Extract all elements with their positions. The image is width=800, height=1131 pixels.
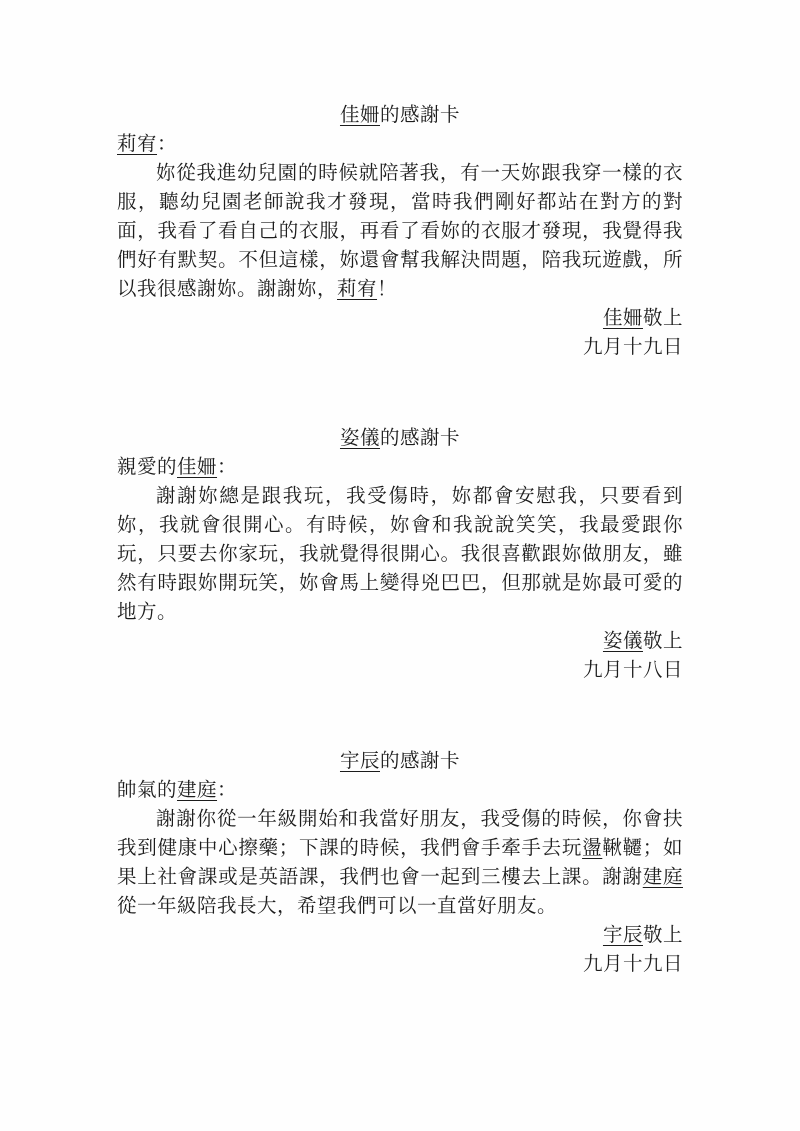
text-run: 的感謝卡 [380, 749, 460, 772]
text-run: 親愛的 [117, 455, 177, 478]
card-body: 謝謝你從一年級開始和我當好朋友，我受傷的時候，你會扶我到健康中心擦藥；下課的時候… [117, 804, 683, 920]
text-run: 謝謝妳總是跟我玩，我受傷時，妳都會安慰我，只要看到妳，我就會很開心。有時候，妳會… [117, 484, 683, 623]
underlined-name: 盪 [582, 836, 602, 859]
card-title: 宇辰的感謝卡 [117, 746, 683, 775]
card-title: 姿儀的感謝卡 [117, 423, 683, 452]
underlined-name: 姿儀 [340, 426, 380, 449]
text-run: ！ [377, 277, 397, 300]
text-run: ： [157, 132, 177, 155]
text-run: ： [217, 778, 237, 801]
thank-you-card-1: 佳姍的感謝卡 莉宥： 妳從我進幼兒園的時候就陪著我，有一天妳跟我穿一樣的衣服，聽… [117, 100, 683, 361]
card-signature: 宇辰敬上 [117, 920, 683, 949]
card-body: 妳從我進幼兒園的時候就陪著我，有一天妳跟我穿一樣的衣服，聽幼兒園老師說我才發現，… [117, 158, 683, 303]
thank-you-card-3: 宇辰的感謝卡 帥氣的建庭： 謝謝你從一年級開始和我當好朋友，我受傷的時候，你會扶… [117, 746, 683, 978]
card-signature: 佳姍敬上 [117, 303, 683, 332]
text-run: 的感謝卡 [380, 426, 460, 449]
text-run: 敬上 [643, 629, 683, 652]
text-run: 敬上 [643, 923, 683, 946]
card-date: 九月十九日 [117, 332, 683, 361]
underlined-name: 姿儀 [603, 629, 643, 652]
underlined-name: 建庭 [643, 865, 683, 888]
underlined-name: 宇辰 [340, 749, 380, 772]
underlined-name: 莉宥 [117, 132, 157, 155]
text-run: 從一年級陪我長大，希望我們可以一直當好朋友。 [117, 894, 557, 917]
underlined-name: 佳姍 [177, 455, 217, 478]
underlined-name: 佳姍 [340, 103, 380, 126]
text-run: 帥氣的 [117, 778, 177, 801]
text-run: 的感謝卡 [380, 103, 460, 126]
underlined-name: 宇辰 [603, 923, 643, 946]
text-run: 妳從我進幼兒園的時候就陪著我，有一天妳跟我穿一樣的衣服，聽幼兒園老師說我才發現，… [117, 161, 683, 300]
card-date: 九月十八日 [117, 655, 683, 684]
card-salutation: 親愛的佳姍： [117, 452, 683, 481]
thank-you-card-2: 姿儀的感謝卡 親愛的佳姍： 謝謝妳總是跟我玩，我受傷時，妳都會安慰我，只要看到妳… [117, 423, 683, 684]
underlined-name: 佳姍 [603, 306, 643, 329]
card-salutation: 帥氣的建庭： [117, 775, 683, 804]
underlined-name: 莉宥 [337, 277, 377, 300]
text-run: 敬上 [643, 306, 683, 329]
document-content: 佳姍的感謝卡 莉宥： 妳從我進幼兒園的時候就陪著我，有一天妳跟我穿一樣的衣服，聽… [0, 0, 800, 978]
text-run: ： [217, 455, 237, 478]
card-date: 九月十九日 [117, 949, 683, 978]
card-title: 佳姍的感謝卡 [117, 100, 683, 129]
card-signature: 姿儀敬上 [117, 626, 683, 655]
underlined-name: 建庭 [177, 778, 217, 801]
card-salutation: 莉宥： [117, 129, 683, 158]
card-body: 謝謝妳總是跟我玩，我受傷時，妳都會安慰我，只要看到妳，我就會很開心。有時候，妳會… [117, 481, 683, 626]
scanned-document-page: 佳姍的感謝卡 莉宥： 妳從我進幼兒園的時候就陪著我，有一天妳跟我穿一樣的衣服，聽… [0, 0, 800, 1131]
